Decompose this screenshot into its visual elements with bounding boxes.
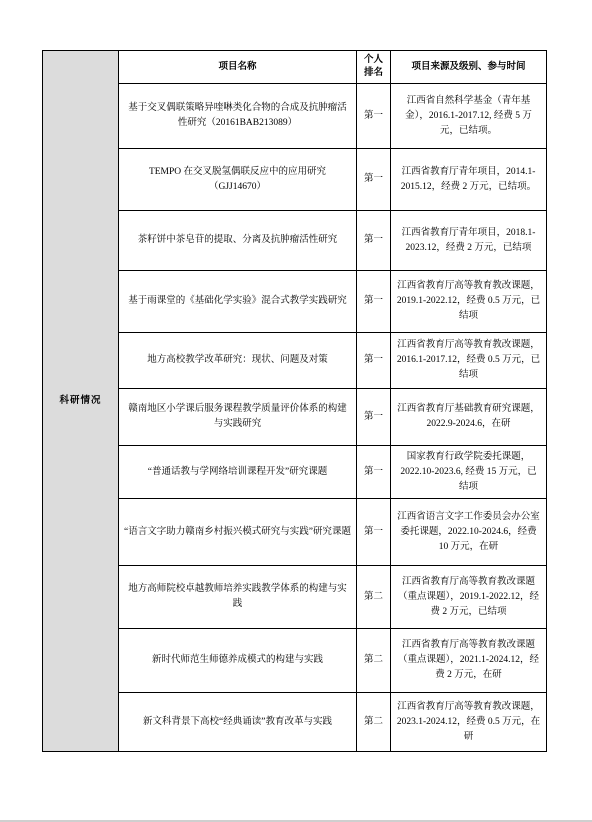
header-row: 科研情况 项目名称 个人排名 项目来源及级别、参与时间 bbox=[43, 51, 547, 84]
column-header-project-name: 项目名称 bbox=[119, 51, 357, 84]
project-name-cell: “语言文字助力赣南乡村振兴模式研究与实践”研究课题 bbox=[119, 499, 357, 566]
rank-cell: 第二 bbox=[357, 566, 391, 629]
project-name-cell: TEMPO 在交叉脱氢偶联反应中的应用研究（GJJ14670） bbox=[119, 149, 357, 211]
source-cell: 江西省教育厅高等教育教改课题，2023.1-2024.12，经费 0.5 万元，… bbox=[391, 693, 547, 752]
rank-cell: 第一 bbox=[357, 333, 391, 389]
table-row: 基于雨课堂的《基础化学实验》混合式教学实践研究 第一 江西省教育厅高等教育教改课… bbox=[43, 271, 547, 333]
project-name-cell: 新时代师范生师德养成模式的构建与实践 bbox=[119, 629, 357, 693]
source-cell: 江西省教育厅基础教育研究课题，2022.9-2024.6，在研 bbox=[391, 389, 547, 446]
rank-cell: 第一 bbox=[357, 389, 391, 446]
table-row: 基于交叉偶联策略异喹啉类化合物的合成及抗肿瘤活性研究（20161BAB21308… bbox=[43, 84, 547, 149]
table-row: “普通话教与学网络培训课程开发”研究课题 第一 国家教育行政学院委托课题，202… bbox=[43, 446, 547, 499]
table-row: 茶籽饼中茶皂苷的提取、分离及抗肿瘤活性研究 第一 江西省教育厅青年项目，2018… bbox=[43, 211, 547, 271]
table-row: 赣南地区小学课后服务课程教学质量评价体系的构建与实践研究 第一 江西省教育厅基础… bbox=[43, 389, 547, 446]
source-cell: 江西省教育厅青年项目，2018.1-2023.12，经费 2 万元，已结项 bbox=[391, 211, 547, 271]
project-name-cell: 基于雨课堂的《基础化学实验》混合式教学实践研究 bbox=[119, 271, 357, 333]
table-row: 新时代师范生师德养成模式的构建与实践 第二 江西省教育厅高等教育教改课题（重点课… bbox=[43, 629, 547, 693]
table-row: 新文科背景下高校“经典诵读”教育改革与实践 第二 江西省教育厅高等教育教改课题，… bbox=[43, 693, 547, 752]
rank-cell: 第二 bbox=[357, 693, 391, 752]
column-header-personal-rank: 个人排名 bbox=[357, 51, 391, 84]
source-cell: 国家教育行政学院委托课题，2022.10-2023.6, 经费 15 万元，已结… bbox=[391, 446, 547, 499]
source-cell: 江西省语言文字工作委员会办公室委托课题，2022.10-2024.6，经费 10… bbox=[391, 499, 547, 566]
project-name-cell: 地方高校教学改革研究：现状、问题及对策 bbox=[119, 333, 357, 389]
rank-cell: 第一 bbox=[357, 211, 391, 271]
document-page: 科研情况 项目名称 个人排名 项目来源及级别、参与时间 基于交叉偶联策略异喹啉类… bbox=[0, 0, 592, 822]
source-cell: 江西省自然科学基金（青年基金），2016.1-2017.12, 经费 5 万元，… bbox=[391, 84, 547, 149]
research-projects-table: 科研情况 项目名称 个人排名 项目来源及级别、参与时间 基于交叉偶联策略异喹啉类… bbox=[42, 50, 547, 752]
rank-cell: 第一 bbox=[357, 446, 391, 499]
rank-cell: 第一 bbox=[357, 84, 391, 149]
project-name-cell: 地方高师院校卓越教师培养实践教学体系的构建与实践 bbox=[119, 566, 357, 629]
table-row: “语言文字助力赣南乡村振兴模式研究与实践”研究课题 第一 江西省语言文字工作委员… bbox=[43, 499, 547, 566]
source-cell: 江西省教育厅青年项目，2014.1-2015.12，经费 2 万元，已结项。 bbox=[391, 149, 547, 211]
rank-cell: 第二 bbox=[357, 629, 391, 693]
source-cell: 江西省教育厅高等教育教改课题，2019.1-2022.12，经费 0.5 万元，… bbox=[391, 271, 547, 333]
rank-cell: 第一 bbox=[357, 149, 391, 211]
project-name-cell: 基于交叉偶联策略异喹啉类化合物的合成及抗肿瘤活性研究（20161BAB21308… bbox=[119, 84, 357, 149]
project-name-cell: “普通话教与学网络培训课程开发”研究课题 bbox=[119, 446, 357, 499]
section-label: 科研情况 bbox=[43, 51, 119, 752]
source-cell: 江西省教育厅高等教育教改课题（重点课题），2021.1-2024.12，经费 2… bbox=[391, 629, 547, 693]
table-row: 地方高师院校卓越教师培养实践教学体系的构建与实践 第二 江西省教育厅高等教育教改… bbox=[43, 566, 547, 629]
table-row: 地方高校教学改革研究：现状、问题及对策 第一 江西省教育厅高等教育教改课题，20… bbox=[43, 333, 547, 389]
source-cell: 江西省教育厅高等教育教改课题，2016.1-2017.12，经费 0.5 万元，… bbox=[391, 333, 547, 389]
rank-cell: 第一 bbox=[357, 499, 391, 566]
table-row: TEMPO 在交叉脱氢偶联反应中的应用研究（GJJ14670） 第一 江西省教育… bbox=[43, 149, 547, 211]
column-header-project-source: 项目来源及级别、参与时间 bbox=[391, 51, 547, 84]
project-name-cell: 新文科背景下高校“经典诵读”教育改革与实践 bbox=[119, 693, 357, 752]
project-name-cell: 赣南地区小学课后服务课程教学质量评价体系的构建与实践研究 bbox=[119, 389, 357, 446]
rank-cell: 第一 bbox=[357, 271, 391, 333]
source-cell: 江西省教育厅高等教育教改课题（重点课题），2019.1-2022.12，经费 2… bbox=[391, 566, 547, 629]
project-name-cell: 茶籽饼中茶皂苷的提取、分离及抗肿瘤活性研究 bbox=[119, 211, 357, 271]
